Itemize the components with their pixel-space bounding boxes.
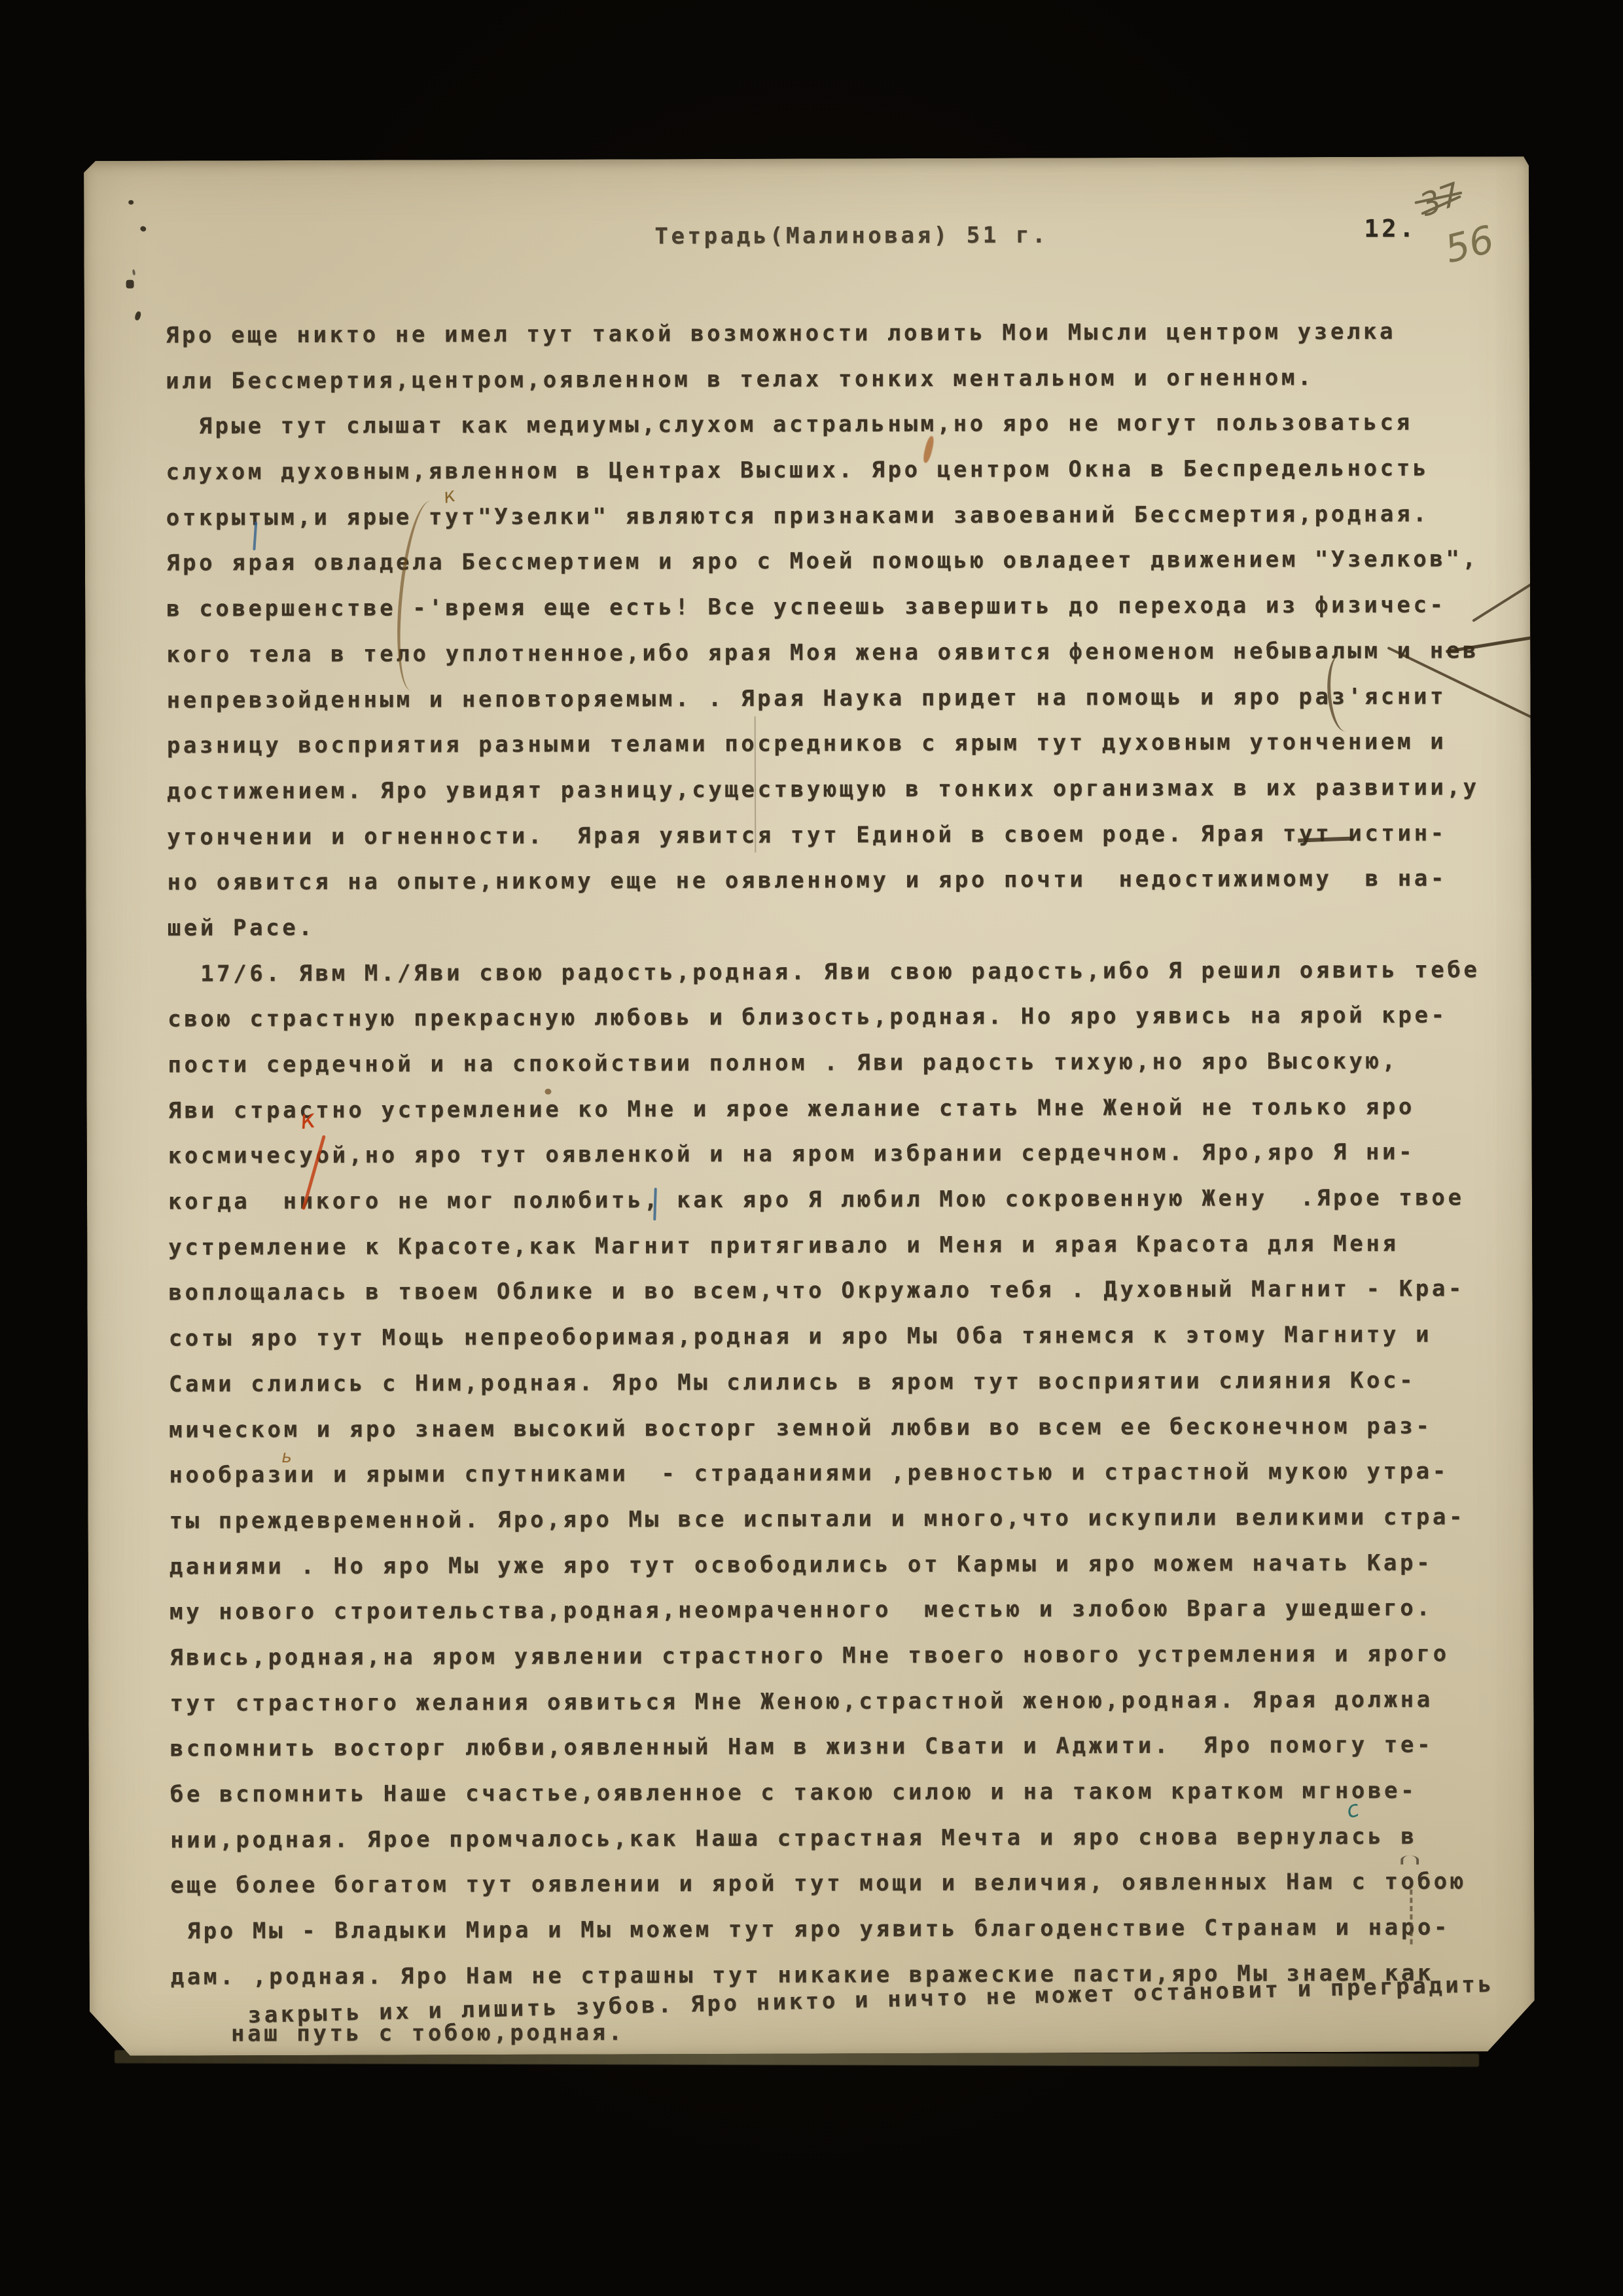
typed-line: в совершенстве -'время еще есть! Все усп… xyxy=(166,590,1521,639)
handwritten-page-number: 56 xyxy=(1440,217,1498,272)
typed-line: тут страстного желания оявиться Мне Жено… xyxy=(169,1684,1524,1734)
ink-speck xyxy=(128,200,134,205)
typed-line: бе вспомнить Наше счастье,оявленное с та… xyxy=(170,1775,1525,1825)
typed-line: вспомнить восторг любви,оявленный Нам в … xyxy=(170,1729,1525,1779)
typed-line: кого тела в тело уплотненное,ибо ярая Мо… xyxy=(166,635,1521,685)
typed-line: 17/6. Явм М./Яви свою радость,родная. Яв… xyxy=(168,955,1522,1004)
typed-line: соты яро тут Мощь непреоборимая,родная и… xyxy=(169,1319,1524,1369)
typed-line: пости сердечной и на спокойствии полном … xyxy=(168,1046,1522,1095)
typed-line: Явись,родная,на яром уявлении страстного… xyxy=(169,1638,1524,1688)
typed-line: но оявится на опыте,никому еще не оявлен… xyxy=(167,863,1522,913)
typed-line: когда никого не мог полюбить, как яро Я … xyxy=(168,1182,1523,1232)
rust-spot xyxy=(544,1089,551,1095)
typed-line: космичесуой,но яро тут оявленкой и на яр… xyxy=(168,1137,1523,1186)
ink-speck xyxy=(126,280,134,289)
caret-mark xyxy=(1400,1856,1419,1865)
typed-line: мическом и яро знаем высокий восторг зем… xyxy=(169,1411,1524,1460)
typed-line: Яро еще никто не имел тут такой возможно… xyxy=(166,316,1520,366)
typed-line: ты преждевременной. Яро,яро Мы все испыт… xyxy=(169,1502,1524,1551)
photo-background: Тетрадь(Малиновая) 51 г. 12. 37 56 Яро е… xyxy=(0,0,1623,2296)
typed-line: разницу восприятия разными телами посред… xyxy=(167,726,1522,776)
typed-line: открытым,и ярые тут"Узелки" являются при… xyxy=(166,499,1521,548)
typed-line: непревзойденным и неповторяемым. . Ярая … xyxy=(167,681,1522,731)
ink-speck xyxy=(134,311,142,321)
notebook-title: Тетрадь(Малиновая) 51 г. xyxy=(654,222,1048,249)
typed-line: Яро ярая овладела Бессмертием и яро с Мо… xyxy=(166,544,1521,594)
typed-line: утончении и огненности. Ярая уявится тут… xyxy=(167,818,1522,868)
page-number: 12. xyxy=(1364,215,1417,243)
typed-line: достижением. Яро увидят разницу,существу… xyxy=(167,772,1522,822)
typed-line: шей Расе. xyxy=(168,909,1522,959)
typed-line: Яви страстно устремление ко Мне и ярое ж… xyxy=(168,1091,1522,1141)
ink-speck xyxy=(132,269,136,275)
typed-line: му нового строительства,родная,неомрачен… xyxy=(169,1593,1524,1642)
typed-line: Сами слились с Ним,родная. Яро Мы слилис… xyxy=(169,1365,1524,1415)
typed-line: свою страстную прекрасную любовь и близо… xyxy=(168,1000,1522,1050)
typed-lines: Яро еще никто не имел тут такой возможно… xyxy=(166,316,1525,2007)
typed-line: устремление к Красоте,как Магнит притяги… xyxy=(168,1228,1523,1278)
typed-line: еще более богатом тут оявлении и ярой ту… xyxy=(170,1866,1525,1916)
manuscript-page: Тетрадь(Малиновая) 51 г. 12. 37 56 Яро е… xyxy=(84,156,1535,2056)
typed-line: Яро Мы - Владыки Мира и Мы можем тут яро… xyxy=(170,1912,1525,1962)
typed-line: нообразии и ярыми спутниками - страдания… xyxy=(169,1456,1524,1506)
typed-line: Ярые тут слышат как медиумы,слухом астра… xyxy=(166,407,1520,457)
handwritten-crossed-number: 37 xyxy=(1415,176,1465,224)
typed-line: слухом духовным,явленном в Центрах Высши… xyxy=(166,453,1520,503)
typed-line: даниями . Но яро Мы уже яро тут освободи… xyxy=(169,1547,1524,1597)
handwritten-soft-sign: ь xyxy=(281,1447,292,1467)
typed-line: воплощалась в твоем Облике и во всем,что… xyxy=(168,1274,1523,1324)
typed-line: нии,родная. Ярое промчалось,как Наша стр… xyxy=(170,1821,1525,1871)
ink-speck xyxy=(139,225,147,232)
typed-line: или Бессмертия,центром,оявленном в телах… xyxy=(166,362,1520,412)
dashed-insertion-mark xyxy=(1410,1890,1412,1945)
